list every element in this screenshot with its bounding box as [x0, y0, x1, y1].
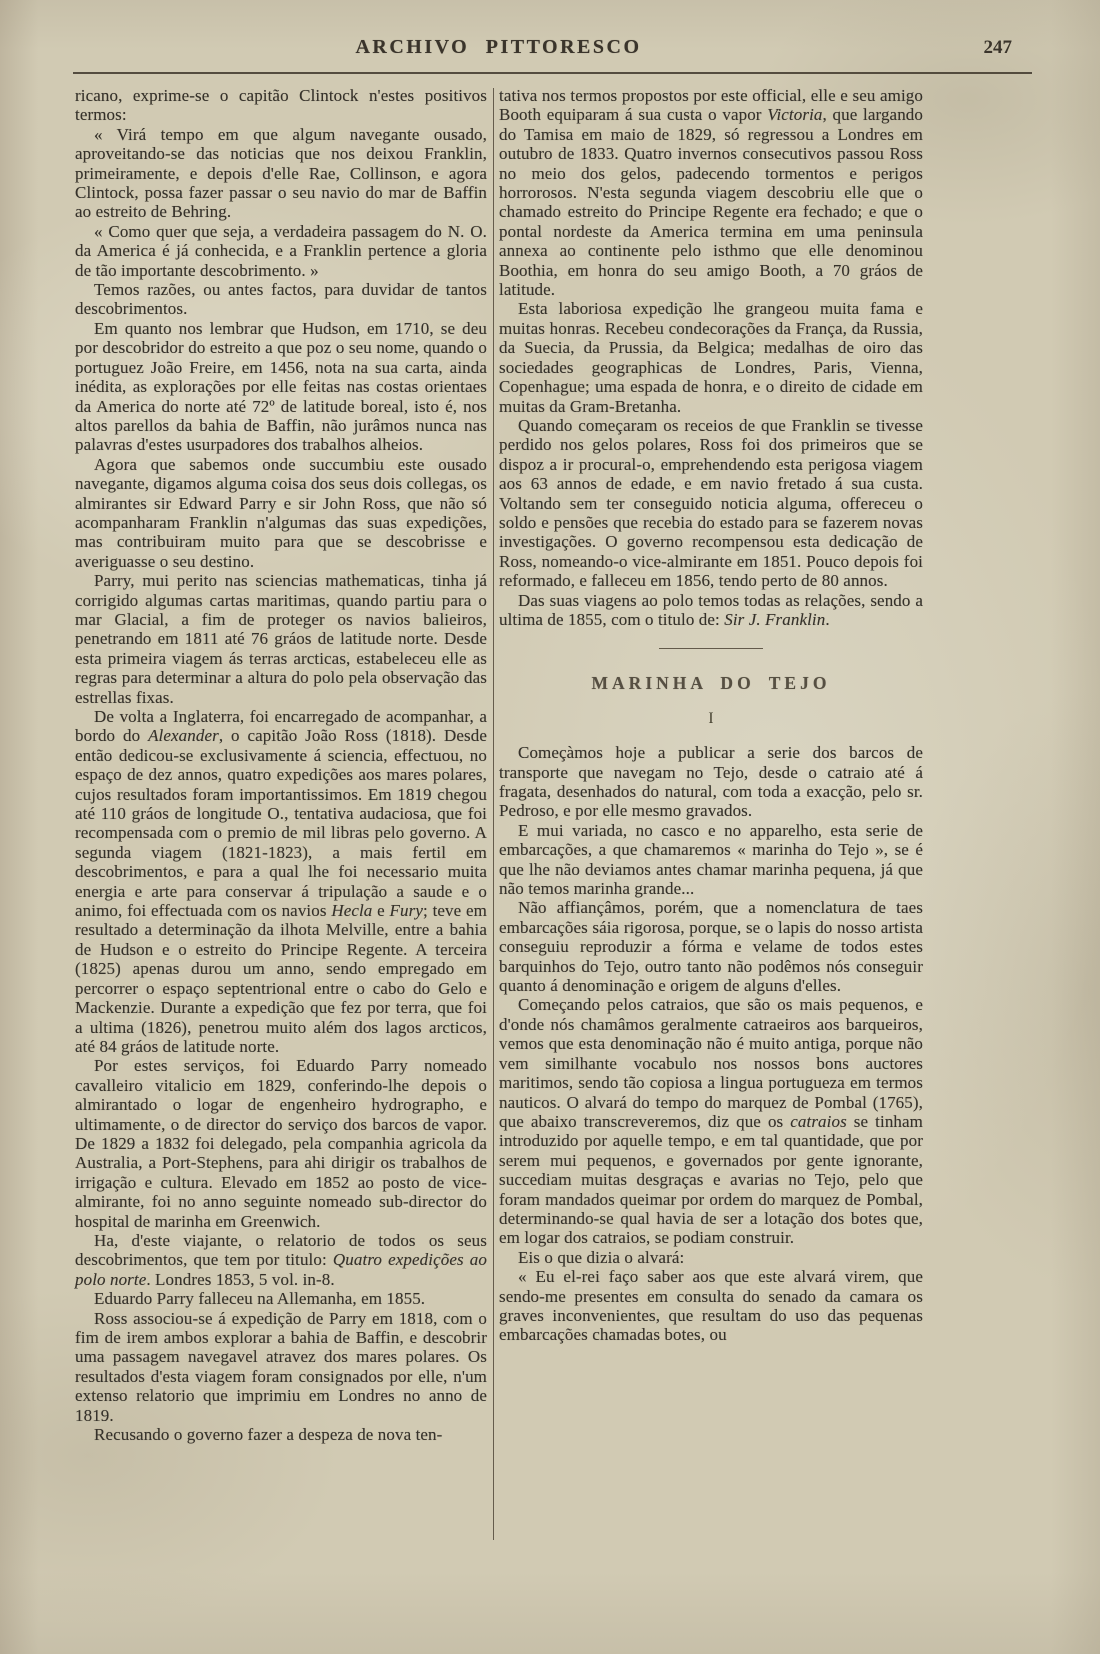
text-run: Começàmos hoje a publicar a serie dos ba…	[499, 743, 923, 820]
text-run: Esta laboriosa expedição lhe grangeou mu…	[499, 299, 923, 415]
text-run: « Virá tempo em que algum navegante ousa…	[75, 125, 487, 222]
text-run: , o capitão João Ross (1818). Desde entã…	[75, 726, 487, 920]
header-rule	[73, 72, 1032, 74]
italic-text-run: Hecla	[331, 901, 372, 920]
section-numeral: I	[499, 709, 923, 728]
text-run: Começando pelos catraios, que são os mai…	[499, 995, 923, 1130]
text-run: . Londres 1853, 5 vol. in-8.	[146, 1270, 334, 1289]
paragraph: Eis o que dizia o alvará:	[499, 1248, 923, 1267]
paragraph: Agora que sabemos onde succumbiu este ou…	[75, 455, 487, 571]
paragraph: Não affiançâmos, porém, que a nomenclatu…	[499, 898, 923, 995]
italic-text-run: Alexander	[148, 726, 219, 745]
text-run: « Como quer que seja, a verdadeira passa…	[75, 222, 487, 280]
paragraph: De volta a Inglaterra, foi encarregado d…	[75, 707, 487, 1056]
text-run: se tinham introduzido por aquelle tempo,…	[499, 1112, 923, 1247]
text-run: Eduardo Parry falleceu na Allemanha, em …	[94, 1289, 425, 1308]
text-run: .	[825, 610, 829, 629]
italic-text-run: Sir J. Franklin	[724, 610, 825, 629]
paragraph: Esta laboriosa expedição lhe grangeou mu…	[499, 299, 923, 415]
text-run: , que largando do Tamisa em maio de 1829…	[499, 105, 923, 299]
text-run: Recusando o governo fazer a despeza de n…	[94, 1425, 442, 1444]
paragraph: E mui variada, no casco e no apparelho, …	[499, 821, 923, 899]
right-column: tativa nos termos propostos por este off…	[499, 86, 923, 1540]
paragraph: Por estes serviços, foi Eduardo Parry no…	[75, 1056, 487, 1231]
page-number: 247	[984, 37, 1013, 59]
section-paragraphs: Começàmos hoje a publicar a serie dos ba…	[499, 743, 923, 1345]
column-divider	[493, 88, 494, 1540]
paragraph: Recusando o governo fazer a despeza de n…	[75, 1425, 487, 1444]
text-run: Parry, mui perito nas sciencias mathemat…	[75, 571, 487, 706]
paragraph: Parry, mui perito nas sciencias mathemat…	[75, 571, 487, 707]
paragraph: Ha, d'este viajante, o relatorio de todo…	[75, 1231, 487, 1289]
text-run: Quando começaram os receios de que Frank…	[499, 416, 923, 590]
section-title: MARINHA DO TEJO	[499, 674, 923, 693]
text-run: Em quanto nos lembrar que Hudson, em 171…	[75, 319, 487, 454]
scanned-page: ARCHIVO PITTORESCO 247 ricano, exprime-s…	[0, 0, 1100, 1654]
text-run: ricano, exprime-se o capitão Clintock n'…	[75, 86, 487, 124]
paragraph: Temos razões, ou antes factos, para duvi…	[75, 280, 487, 319]
text-columns: ricano, exprime-se o capitão Clintock n'…	[75, 86, 923, 1540]
left-column: ricano, exprime-se o capitão Clintock n'…	[75, 86, 487, 1540]
paragraph: Começando pelos catraios, que são os mai…	[499, 995, 923, 1247]
left-column-paragraphs: ricano, exprime-se o capitão Clintock n'…	[75, 86, 487, 1444]
paragraph: « Como quer que seja, a verdadeira passa…	[75, 222, 487, 280]
text-run: Ross associou-se á expedição de Parry em…	[75, 1309, 487, 1425]
paragraph: Eduardo Parry falleceu na Allemanha, em …	[75, 1289, 487, 1308]
paragraph: Começàmos hoje a publicar a serie dos ba…	[499, 743, 923, 821]
text-run: Das suas viagens ao polo temos todas as …	[499, 591, 923, 629]
journal-title: ARCHIVO PITTORESCO	[75, 36, 922, 59]
italic-text-run: Victoria	[767, 105, 822, 124]
paragraph: Quando começaram os receios de que Frank…	[499, 416, 923, 591]
text-run: Eis o que dizia o alvará:	[518, 1248, 684, 1267]
page-header: ARCHIVO PITTORESCO 247	[75, 36, 1030, 68]
paragraph: Das suas viagens ao polo temos todas as …	[499, 591, 923, 630]
text-run: Não affiançâmos, porém, que a nomenclatu…	[499, 898, 923, 995]
text-run: ; teve em resultado a determinação da il…	[75, 901, 487, 1056]
paragraph: tativa nos termos propostos por este off…	[499, 86, 923, 299]
paragraph: « Eu el-rei faço saber aos que este alva…	[499, 1267, 923, 1345]
text-run: « Eu el-rei faço saber aos que este alva…	[499, 1267, 923, 1344]
section-divider	[659, 648, 763, 649]
text-run: Por estes serviços, foi Eduardo Parry no…	[75, 1056, 487, 1230]
paragraph: ricano, exprime-se o capitão Clintock n'…	[75, 86, 487, 125]
right-column-top-paragraphs: tativa nos termos propostos por este off…	[499, 86, 923, 629]
italic-text-run: Fury	[390, 901, 423, 920]
text-run: e	[372, 901, 389, 920]
text-run: Agora que sabemos onde succumbiu este ou…	[75, 455, 487, 571]
text-run: E mui variada, no casco e no apparelho, …	[499, 821, 923, 898]
text-run: Temos razões, ou antes factos, para duvi…	[75, 280, 487, 318]
paragraph: Em quanto nos lembrar que Hudson, em 171…	[75, 319, 487, 455]
paragraph: Ross associou-se á expedição de Parry em…	[75, 1309, 487, 1425]
paragraph: « Virá tempo em que algum navegante ousa…	[75, 125, 487, 222]
italic-text-run: catraios	[790, 1112, 847, 1131]
